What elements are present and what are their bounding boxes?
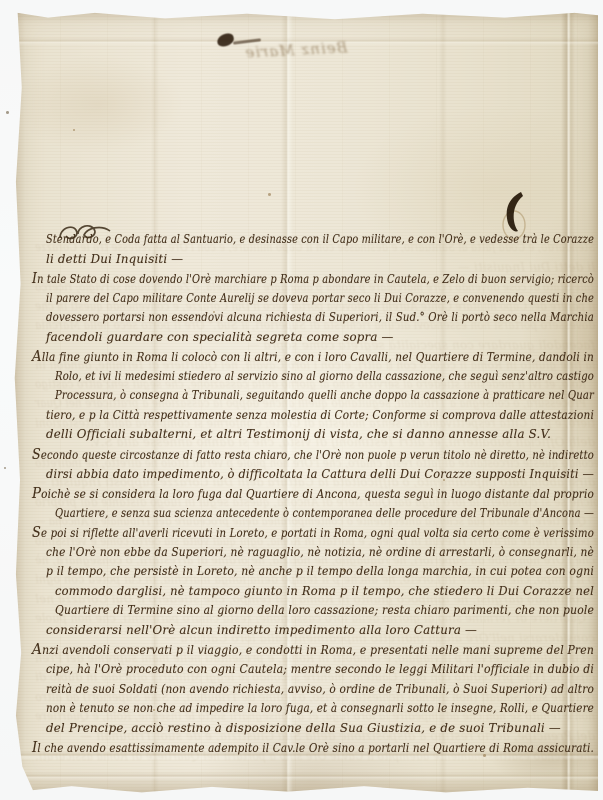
scanned-document-view: { "colors": { "ink": "#44301b", "show_th… (0, 0, 603, 800)
manuscript-line: dirsi abbia dato impedimento, ò difficol… (46, 465, 594, 485)
manuscript-line-text: Il che avendo esattissimamente adempito … (32, 738, 594, 759)
manuscript-line: non è tenuto se non che ad impedire la l… (46, 699, 594, 719)
manuscript-line-text: dirsi abbia dato impedimento, ò difficol… (46, 465, 594, 485)
manuscript-line-text: Anzi avendoli conservati p il viaggio, e… (32, 640, 594, 661)
manuscript-line: commodo darglisi, nè tampoco giunto in R… (55, 582, 594, 602)
manuscript-line-text: cipe, hà l'Orè proceduto con ogni Cautel… (46, 660, 594, 680)
scanner-bed: Beinz Marie Stendardo, e Coda fatta al S… (0, 0, 603, 800)
manuscript-line-text: che l'Orè non ebbe da Superiori, nè ragu… (46, 543, 594, 563)
manuscript-line: Poichè se si considera la loro fuga dal … (32, 484, 594, 504)
manuscript-line: p il tempo, che persistè in Loreto, nè a… (46, 562, 594, 582)
manuscript-line-text: il parere del Capo militare Conte Aureli… (46, 289, 594, 309)
foxing-speck (268, 193, 271, 196)
manuscript-line: Il che avendo esattissimamente adempito … (32, 738, 594, 758)
manuscript-line: Quartiere di Termine sino al giorno dell… (55, 601, 594, 621)
manuscript-line-text: commodo darglisi, nè tampoco giunto in R… (55, 582, 594, 602)
manuscript-line-text: Quartiere di Termine sino al giorno dell… (55, 601, 594, 621)
manuscript-line: delli Officiali subalterni, et altri Tes… (46, 425, 594, 445)
manuscript-line-text: li detti Dui Inquisiti — (46, 250, 183, 270)
manuscript-line: reità de suoi Soldati (non avendo richie… (46, 680, 594, 700)
manuscript-line-text: Quartiere, e senza sua scienza anteceden… (55, 504, 594, 524)
show-through-inscription: Beinz Marie (200, 24, 392, 76)
manuscript-line-text: considerarsi nell'Orè alcun indiretto im… (46, 621, 477, 641)
manuscript-line: facendoli guardare con specialità segret… (46, 328, 594, 348)
manuscript-line-text: del Prencipe, acciò restino à disposizio… (46, 719, 561, 739)
manuscript-line-text: dovessero portarsi non essendovi alcuna … (46, 308, 594, 328)
manuscript-line-text: facendoli guardare con specialità segret… (46, 328, 394, 348)
manuscript-line-text: reità de suoi Soldati (non avendo richie… (46, 680, 594, 700)
manuscript-line: considerarsi nell'Orè alcun indiretto im… (46, 621, 594, 641)
manuscript-line-text: Se poi si riflette all'averli ricevuti i… (32, 523, 594, 544)
manuscript-line: Anzi avendoli conservati p il viaggio, e… (32, 640, 594, 660)
manuscript-line-text: Secondo queste circostanze di fatto rest… (32, 445, 594, 466)
foxing-speck (73, 129, 75, 131)
manuscript-line-text: tiero, e p la Città respettivamente senz… (46, 406, 594, 426)
dust-speck (4, 467, 6, 469)
manuscript-line: Alla fine giunto in Roma li colocò con l… (32, 347, 594, 367)
manuscript-line: del Prencipe, acciò restino à disposizio… (46, 719, 594, 739)
manuscript-line: Se poi si riflette all'averli ricevuti i… (32, 523, 594, 543)
dust-speck (6, 111, 9, 114)
manuscript-line: Stendardo, e Coda fatta al Santuario, e … (46, 230, 594, 250)
manuscript-line-text: In tale Stato di cose dovendo l'Orè marc… (32, 269, 594, 290)
manuscript-line-text: Rolo, et ivi li medesimi stiedero al ser… (55, 367, 594, 387)
manuscript-line: Quartiere, e senza sua scienza anteceden… (55, 504, 594, 524)
manuscript-line: Processura, ò consegna à Tribunali, segu… (55, 386, 594, 406)
manuscript-line: dovessero portarsi non essendovi alcuna … (46, 308, 594, 328)
manuscript-line-text: p il tempo, che persistè in Loreto, nè a… (46, 562, 594, 582)
manuscript-line-text: Processura, ò consegna à Tribunali, segu… (55, 386, 594, 406)
manuscript-line-text: Stendardo, e Coda fatta al Santuario, e … (46, 230, 594, 250)
manuscript-line: Secondo queste circostanze di fatto rest… (32, 445, 594, 465)
manuscript-line-text: Alla fine giunto in Roma li colocò con l… (32, 347, 594, 368)
manuscript-line: Rolo, et ivi li medesimi stiedero al ser… (55, 367, 594, 387)
manuscript-line-text: Poichè se si considera la loro fuga dal … (32, 484, 594, 505)
text-layer: Stendardo, e Coda fatta al Santuario, e … (46, 230, 594, 758)
manuscript-line: li detti Dui Inquisiti — (46, 250, 594, 270)
wrinkle-bottom (13, 772, 598, 780)
manuscript-line-text: non è tenuto se non che ad impedire la l… (46, 699, 594, 719)
manuscript-line: In tale Stato di cose dovendo l'Orè marc… (32, 269, 594, 289)
manuscript-line: che l'Orè non ebbe da Superiori, nè ragu… (46, 543, 594, 563)
manuscript-page: Beinz Marie Stendardo, e Coda fatta al S… (13, 9, 598, 794)
manuscript-line: cipe, hà l'Orè proceduto con ogni Cautel… (46, 660, 594, 680)
manuscript-line-text: delli Officiali subalterni, et altri Tes… (46, 425, 551, 445)
manuscript-line: tiero, e p la Città respettivamente senz… (46, 406, 594, 426)
manuscript-line: il parere del Capo militare Conte Aureli… (46, 289, 594, 309)
